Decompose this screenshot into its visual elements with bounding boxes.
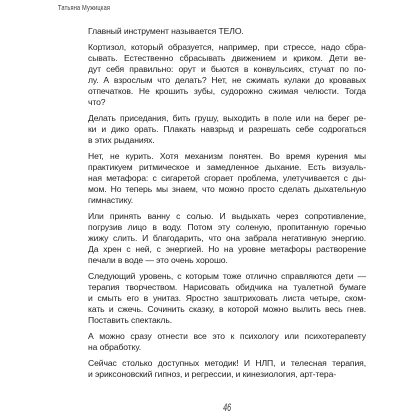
folio: 46 bbox=[88, 398, 366, 416]
text-column: Главный инструмент называется ТЕЛО.Корти… bbox=[88, 26, 366, 385]
text-line: Да хрен с ней, с энергией. Но на уровне … bbox=[88, 244, 366, 255]
running-header-author: Татьяна Мужицкая bbox=[58, 3, 110, 12]
text-line: лу. А взрослым что делать? Нет, не сжима… bbox=[88, 75, 366, 86]
text-line: дут себя правильно: орут и бьются в конв… bbox=[88, 64, 366, 75]
text-line: и смыть его в унитаз. Яростно заштрихова… bbox=[88, 293, 366, 304]
text-line: Следующий уровень, с которым тоже отличн… bbox=[88, 271, 366, 282]
text-line: ная метафора: с сигаретой сгорает пробле… bbox=[88, 173, 366, 184]
text-line: кать и сжечь. Сочинить сказку, в которой… bbox=[88, 304, 366, 315]
paragraph: Делать приседания, бить грушу, выходить … bbox=[88, 113, 366, 146]
text-line: Поставить спектакль. bbox=[88, 315, 366, 326]
text-line: А можно сразу отнести все это к психолог… bbox=[88, 331, 366, 342]
text-line: в этих рыданиях. bbox=[88, 135, 366, 146]
text-line: Делать приседания, бить грушу, выходить … bbox=[88, 113, 366, 124]
text-line: отпечатков. Не крошить зубы, судорожно с… bbox=[88, 86, 366, 97]
text-line: Нет, не курить. Хотя механизм понятен. В… bbox=[88, 151, 366, 162]
paragraph: А можно сразу отнести все это к психолог… bbox=[88, 331, 366, 353]
text-line: что? bbox=[88, 97, 366, 108]
text-line: терапия творчеством. Нарисовать обидчика… bbox=[88, 282, 366, 293]
book-page: Татьяна Мужицкая Главный инструмент назы… bbox=[0, 0, 420, 420]
paragraph: Нет, не курить. Хотя механизм понятен. В… bbox=[88, 151, 366, 206]
text-line: погрузив лицо в воду. Потом эту соленую,… bbox=[88, 222, 366, 233]
text-line: мом. Но теперь мы знаем, что можно прост… bbox=[88, 184, 366, 195]
text-line: Кортизол, который образуется, например, … bbox=[88, 42, 366, 53]
paragraph: Сейчас столько доступных методик! И НЛП,… bbox=[88, 358, 366, 380]
text-line: ки и дико орать. Плакать навзрыд и разре… bbox=[88, 124, 366, 135]
text-line: жижу слить. И благодарить, что она забра… bbox=[88, 233, 366, 244]
paragraph: Или принять ванну с солью. И выдыхать че… bbox=[88, 211, 366, 266]
text-line: печали в воде — это очень хорошо. bbox=[88, 255, 366, 266]
text-line: на обработку. bbox=[88, 342, 366, 353]
page-number: 46 bbox=[223, 402, 231, 414]
text-line: и эриксоновский гипноз, и регрессии, и к… bbox=[88, 369, 366, 380]
text-line: Главный инструмент называется ТЕЛО. bbox=[88, 26, 366, 37]
paragraph: Следующий уровень, с которым тоже отличн… bbox=[88, 271, 366, 326]
text-line: практикуем ритмическое и замедленное дых… bbox=[88, 162, 366, 173]
text-line: гимнастику. bbox=[88, 195, 366, 206]
text-line: сывать. Естественно сбрасывать движением… bbox=[88, 53, 366, 64]
paragraph: Кортизол, который образуется, например, … bbox=[88, 42, 366, 108]
text-line: Сейчас столько доступных методик! И НЛП,… bbox=[88, 358, 366, 369]
paragraph: Главный инструмент называется ТЕЛО. bbox=[88, 26, 366, 37]
text-line: Или принять ванну с солью. И выдыхать че… bbox=[88, 211, 366, 222]
